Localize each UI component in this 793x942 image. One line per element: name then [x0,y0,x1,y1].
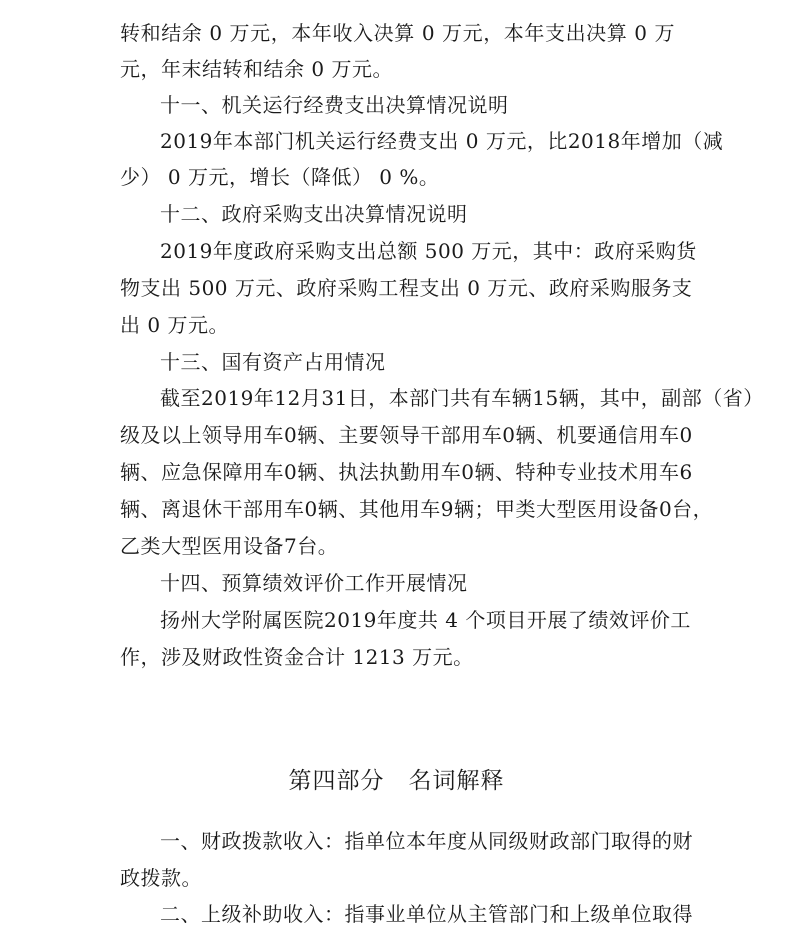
section-heading: 第四部分 名词解释 [0,767,793,795]
text-line: 十一、机关运行经费支出决算情况说明 [160,93,675,117]
text-line: 一、财政拨款收入：指单位本年度从同级财政部门取得的财 [160,829,675,853]
text-line: 十三、国有资产占用情况 [160,350,675,374]
text-line: 二、上级补助收入：指事业单位从主管部门和上级单位取得 [160,902,675,926]
text-line: 元，年末结转和结余 0 万元。 [120,57,675,81]
text-line: 辆、离退休干部用车0辆、其他用车9辆；甲类大型医用设备0台， [120,497,675,521]
text-line: 2019年本部门机关运行经费支出 0 万元，比2018年增加（减 [160,129,675,153]
text-line: 乙类大型医用设备7台。 [120,534,675,558]
text-line: 作，涉及财政性资金合计 1213 万元。 [120,645,675,669]
document-page: 转和结余 0 万元，本年收入决算 0 万元，本年支出决算 0 万元，年末结转和结… [0,0,793,942]
text-line: 2019年度政府采购支出总额 500 万元，其中：政府采购货 [160,239,675,263]
text-line: 扬州大学附属医院2019年度共 4 个项目开展了绩效评价工 [160,608,675,632]
text-line: 十四、预算绩效评价工作开展情况 [160,571,675,595]
text-line: 政拨款。 [120,866,675,890]
text-line: 转和结余 0 万元，本年收入决算 0 万元，本年支出决算 0 万 [120,21,675,45]
text-line: 辆、应急保障用车0辆、执法执勤用车0辆、特种专业技术用车6 [120,460,675,484]
text-line: 少） 0 万元，增长（降低） 0 %。 [120,165,675,189]
text-line: 十二、政府采购支出决算情况说明 [160,202,675,226]
text-line: 物支出 500 万元、政府采购工程支出 0 万元、政府采购服务支 [120,276,675,300]
text-line: 截至2019年12月31日，本部门共有车辆15辆，其中，副部（省） [160,386,675,410]
text-line: 级及以上领导用车0辆、主要领导干部用车0辆、机要通信用车0 [120,423,675,447]
text-line: 出 0 万元。 [120,313,675,337]
